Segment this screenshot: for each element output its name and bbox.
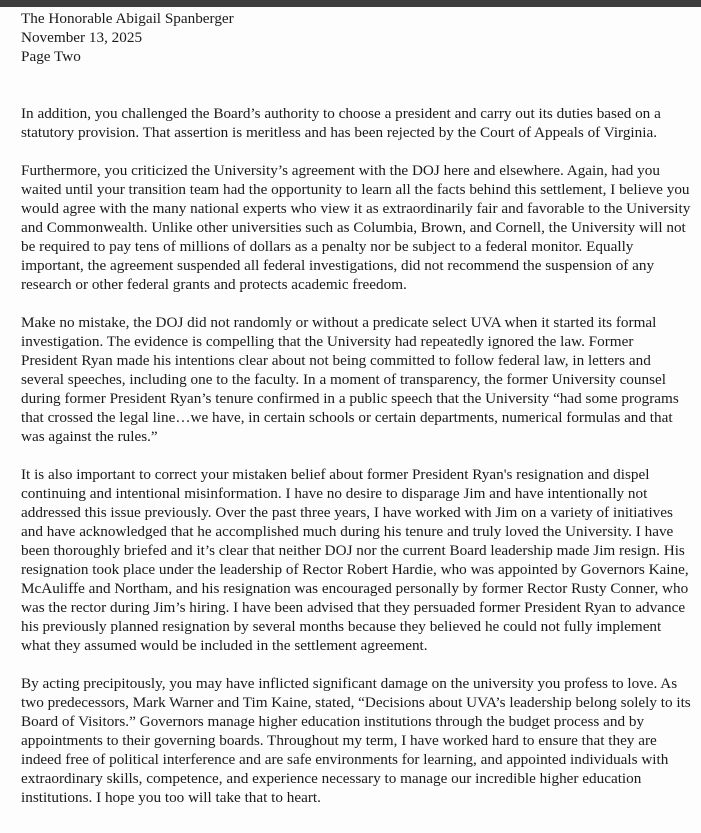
paragraph-doj-agreement: Furthermore, you criticized the Universi… xyxy=(21,161,693,294)
paragraph-ryan-resignation: It is also important to correct your mis… xyxy=(21,465,693,655)
date-line: November 13, 2025 xyxy=(21,28,693,47)
viewer-top-bar xyxy=(0,0,701,7)
spacer xyxy=(21,655,693,674)
recipient-line: The Honorable Abigail Spanberger xyxy=(21,9,693,28)
paragraph-doj-investigation: Make no mistake, the DOJ did not randoml… xyxy=(21,313,693,446)
spacer xyxy=(21,66,693,104)
spacer xyxy=(21,446,693,465)
paragraph-board-authority: In addition, you challenged the Board’s … xyxy=(21,104,693,142)
letter-page: The Honorable Abigail Spanberger Novembe… xyxy=(21,9,693,807)
letter-header: The Honorable Abigail Spanberger Novembe… xyxy=(21,9,693,66)
spacer xyxy=(21,294,693,313)
paragraph-closing: By acting precipitously, you may have in… xyxy=(21,674,693,807)
page-number-line: Page Two xyxy=(21,47,693,66)
spacer xyxy=(21,142,693,161)
